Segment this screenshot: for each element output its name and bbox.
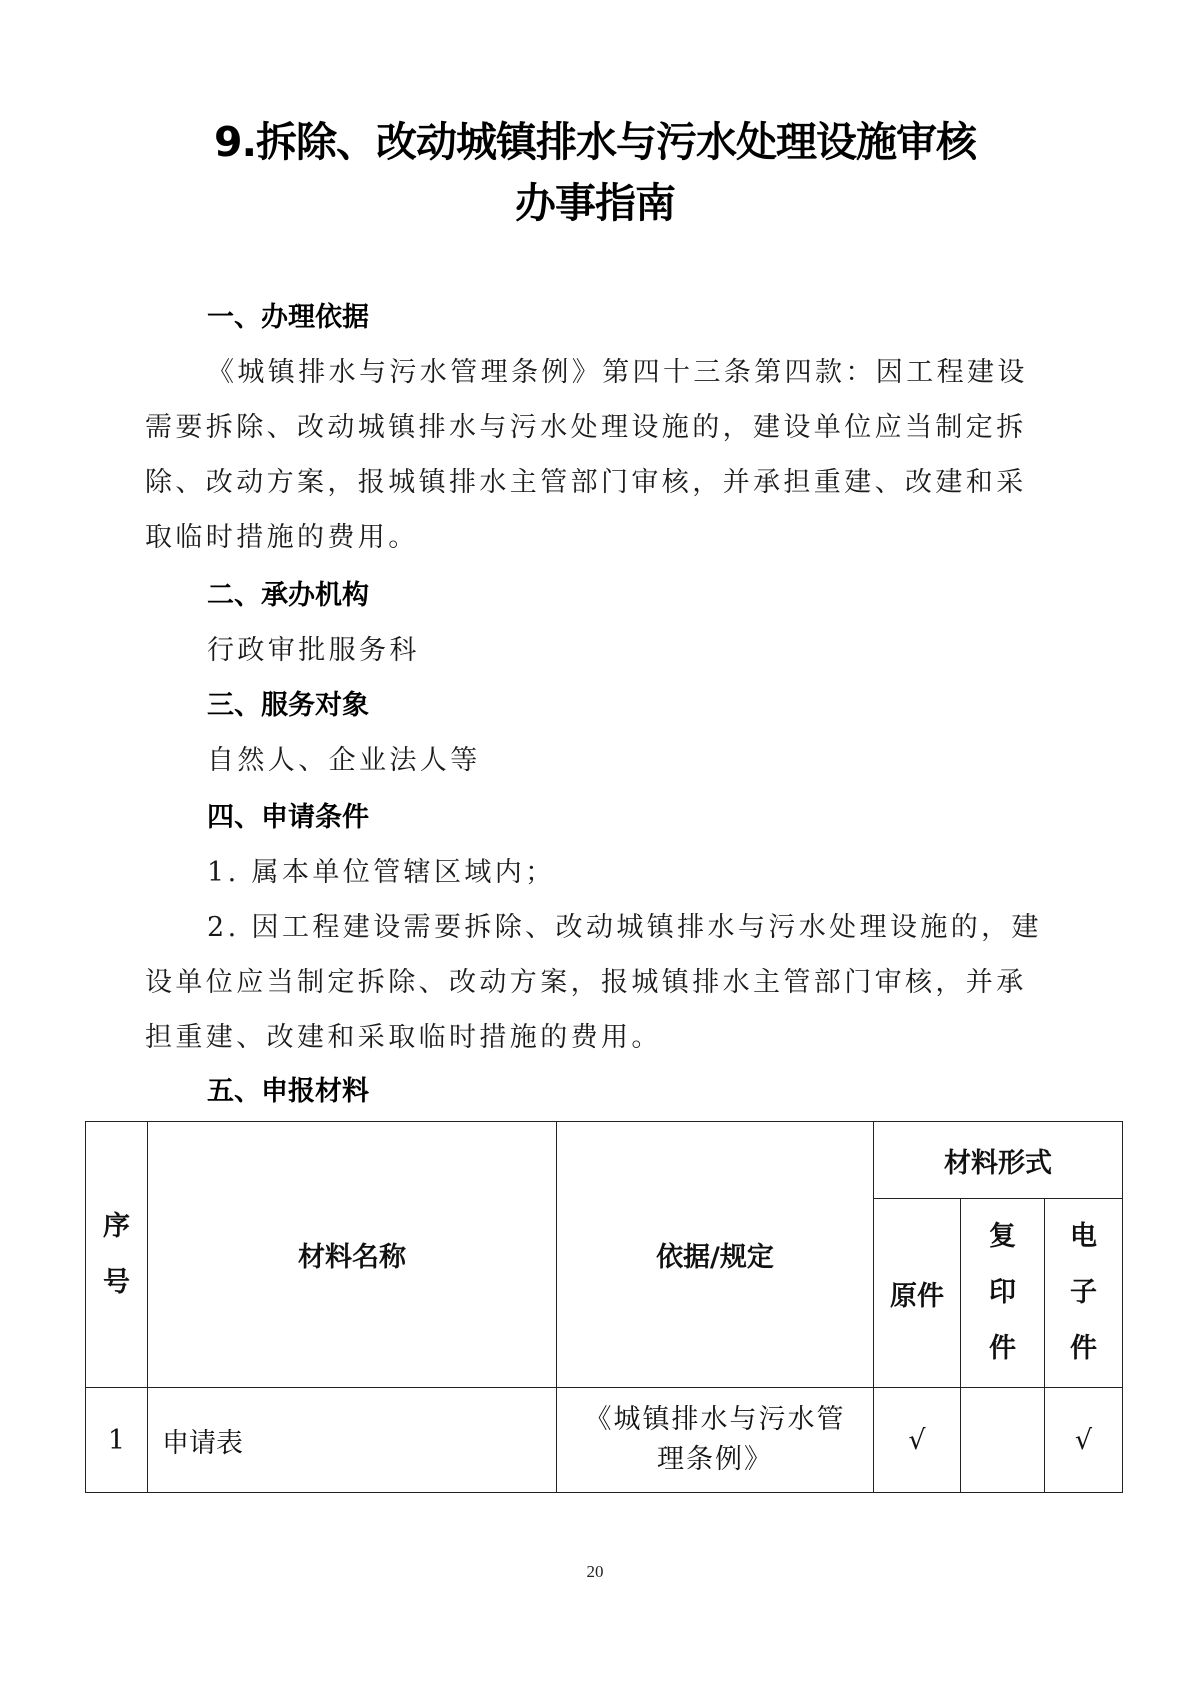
row-basis: 《城镇排水与污水管 理条例》	[557, 1388, 874, 1493]
header-index: 序号	[86, 1122, 148, 1388]
basis-line-2: 需要拆除、改动城镇排水与污水处理设施的，建设单位应当制定拆	[145, 414, 1027, 441]
row-original-check: √	[874, 1388, 961, 1493]
header-original: 原件	[874, 1199, 961, 1388]
document-title-line1: 9.拆除、改动城镇排水与污水处理设施审核	[0, 122, 1190, 163]
header-copy: 复印件	[961, 1199, 1045, 1388]
section-heading-materials: 五、申报材料	[207, 1078, 369, 1105]
row-electronic-check: √	[1045, 1388, 1123, 1493]
row-copy-check	[961, 1388, 1045, 1493]
table-header-row-1: 序号 材料名称 依据/规定 材料形式	[86, 1122, 1123, 1199]
section-heading-audience: 三、服务对象	[207, 692, 369, 719]
materials-table: 序号 材料名称 依据/规定 材料形式 原件 复印件 电子件 1 申请表 《城镇排…	[85, 1121, 1123, 1493]
row-index: 1	[86, 1388, 148, 1493]
condition-2-line-2: 设单位应当制定拆除、改动方案，报城镇排水主管部门审核，并承	[145, 969, 1027, 996]
document-title-line2: 办事指南	[0, 183, 1190, 224]
condition-2-line-3: 担重建、改建和采取临时措施的费用。	[145, 1024, 662, 1051]
condition-2-line-1: 2. 因工程建设需要拆除、改动城镇排水与污水处理设施的，建	[207, 914, 1042, 941]
header-basis: 依据/规定	[557, 1122, 874, 1388]
basis-line-3: 除、改动方案，报城镇排水主管部门审核，并承担重建、改建和采	[145, 469, 1027, 496]
table-row: 1 申请表 《城镇排水与污水管 理条例》 √ √	[86, 1388, 1123, 1493]
row-basis-line-1: 《城镇排水与污水管	[557, 1400, 873, 1440]
audience-text: 自然人、企业法人等	[207, 747, 481, 774]
header-electronic: 电子件	[1045, 1199, 1123, 1388]
section-heading-basis: 一、办理依据	[207, 304, 369, 331]
section-heading-conditions: 四、申请条件	[207, 804, 369, 831]
basis-line-1: 《城镇排水与污水管理条例》第四十三条第四款：因工程建设	[207, 359, 1028, 386]
header-form-group: 材料形式	[874, 1122, 1123, 1199]
agency-text: 行政审批服务科	[207, 637, 420, 664]
row-basis-line-2: 理条例》	[557, 1440, 873, 1480]
page-number: 20	[0, 1562, 1190, 1582]
row-name: 申请表	[148, 1388, 557, 1493]
condition-1: 1. 属本单位管辖区域内；	[207, 859, 556, 886]
header-name: 材料名称	[148, 1122, 557, 1388]
section-heading-agency: 二、承办机构	[207, 582, 369, 609]
basis-line-4: 取临时措施的费用。	[145, 524, 419, 551]
